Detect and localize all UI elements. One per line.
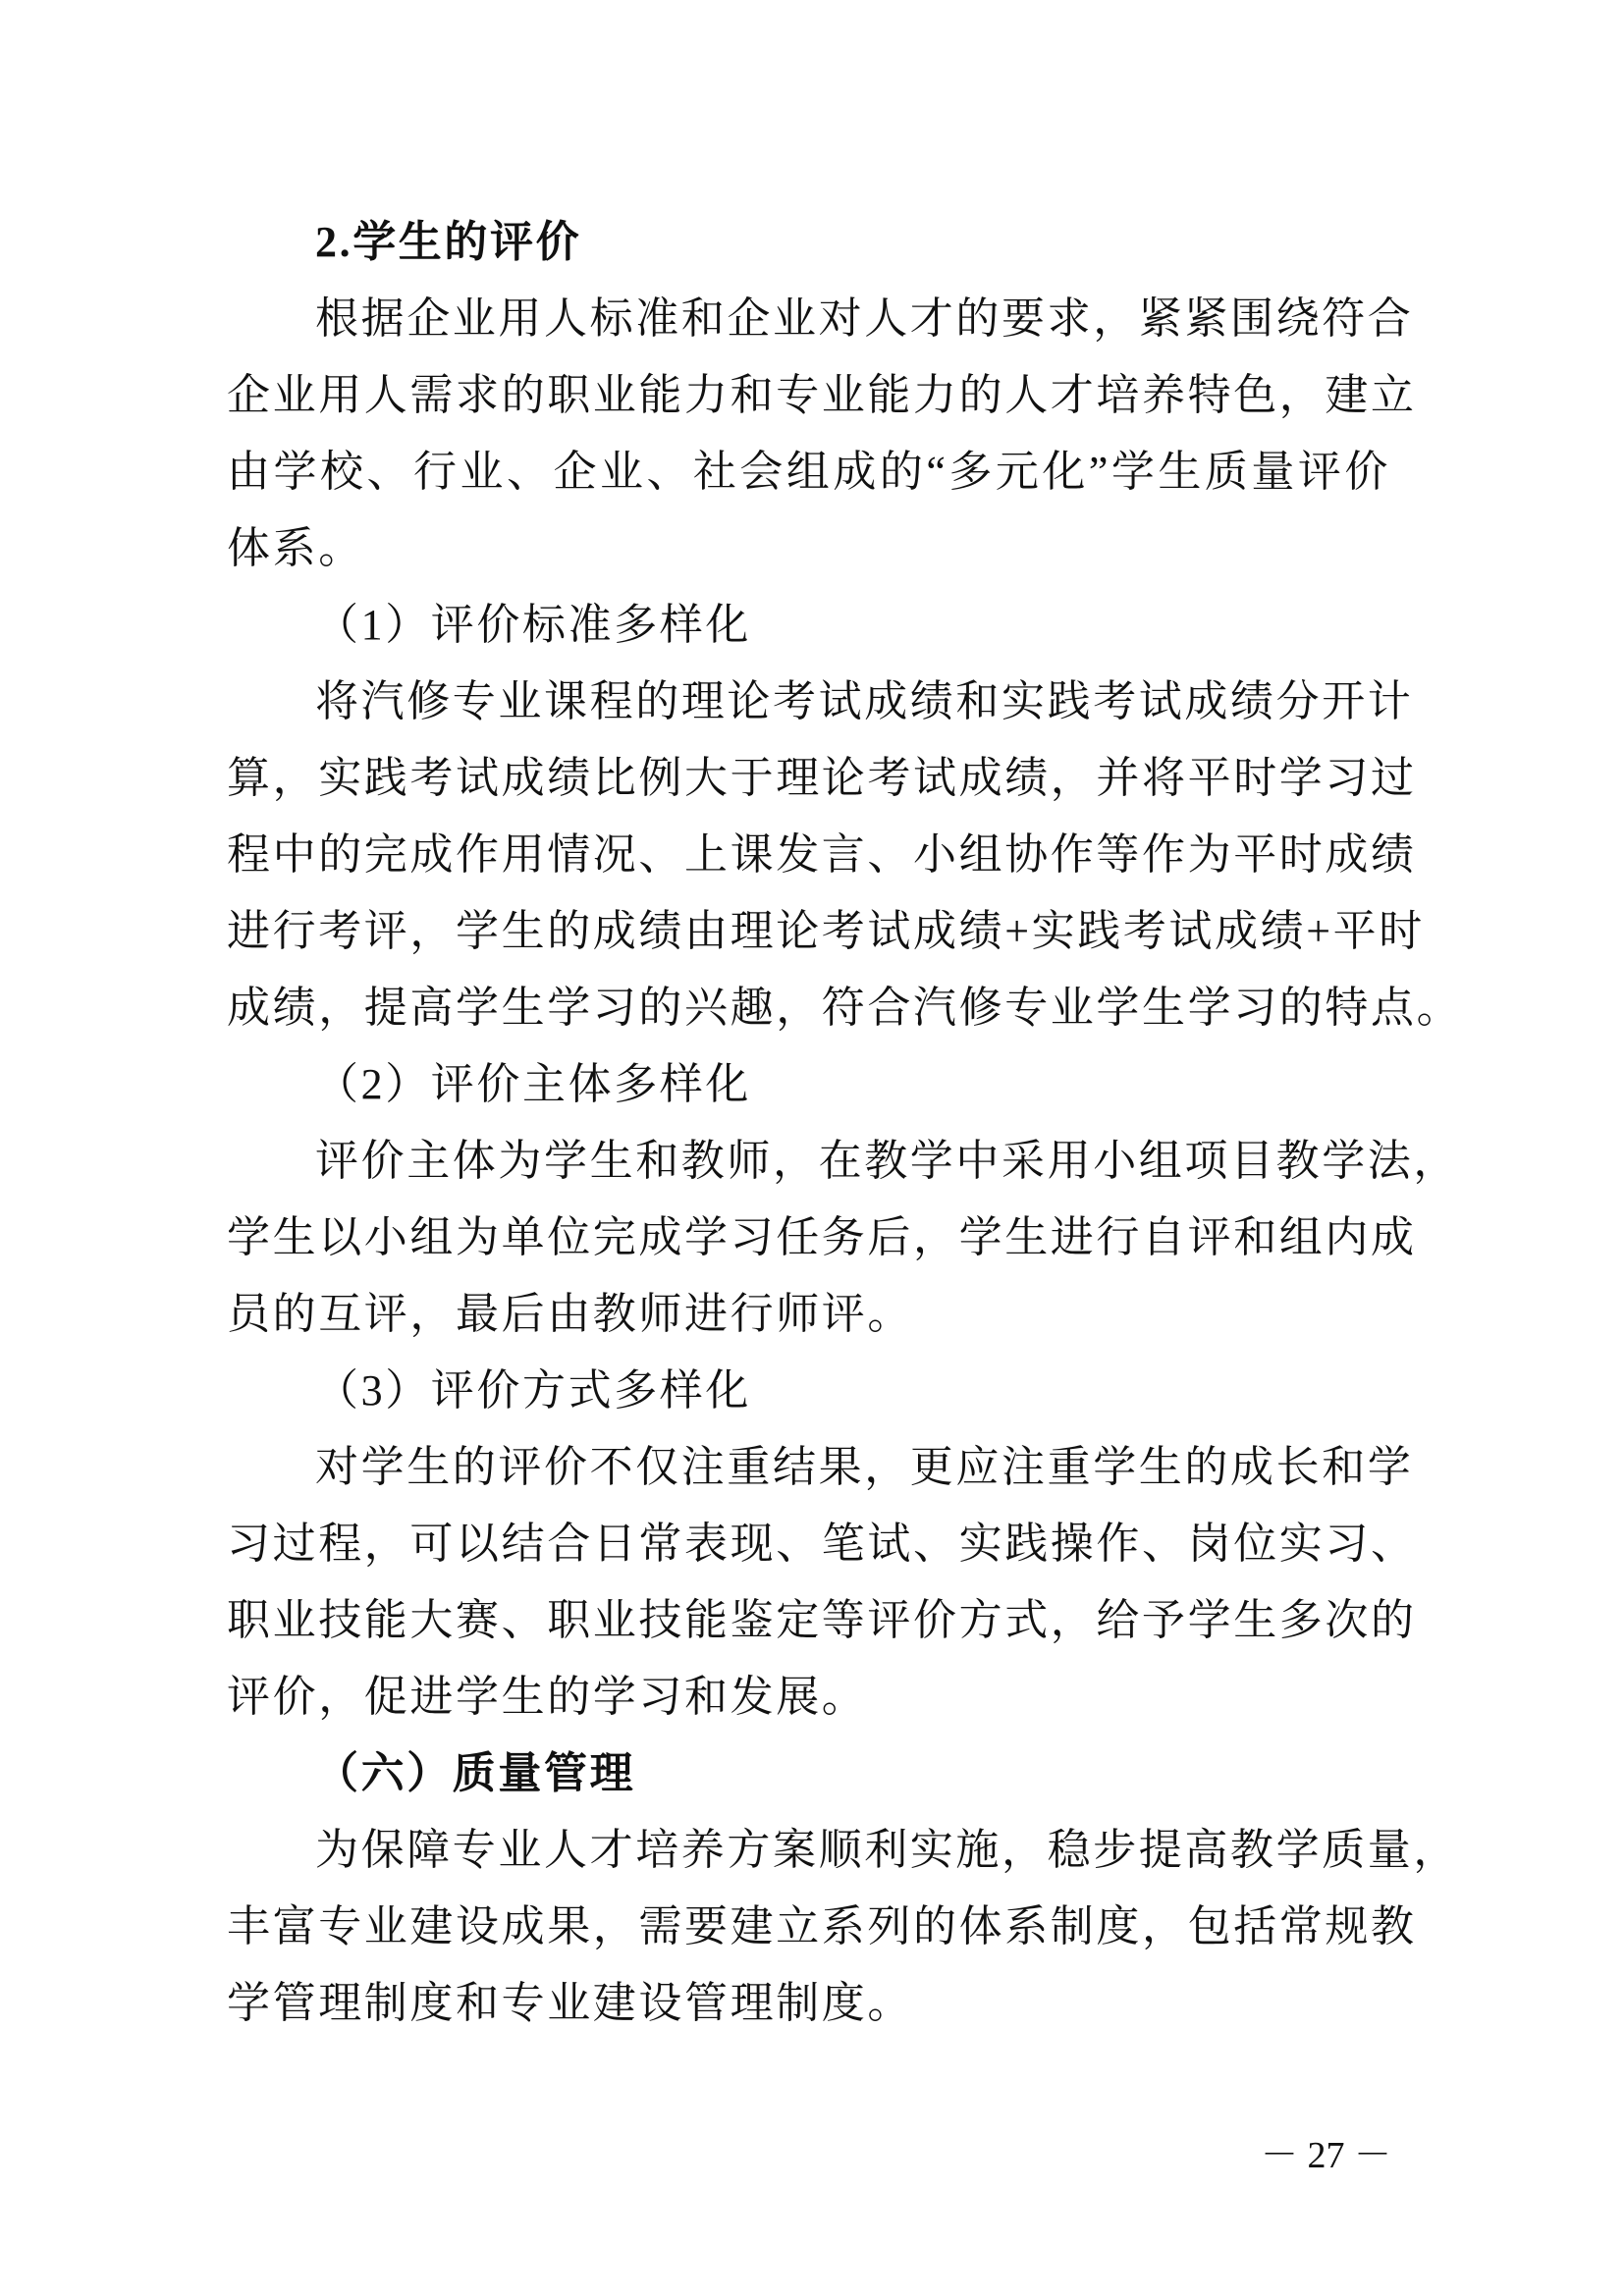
subheading-evaluation-subjects: （2）评价主体多样化 xyxy=(227,1046,1390,1123)
paragraph-line: 算，实践考试成绩比例大于理论考试成绩，并将平时学习过 xyxy=(227,740,1390,817)
paragraph-line: 评价，促进学生的学习和发展。 xyxy=(227,1659,1390,1735)
section-heading-quality-management: （六）质量管理 xyxy=(227,1735,1390,1812)
section-heading-student-evaluation: 2.学生的评价 xyxy=(227,204,1390,281)
paragraph-line: 员的互评，最后由教师进行师评。 xyxy=(227,1276,1390,1353)
page-content: 2.学生的评价 根据企业用人标准和企业对人才的要求，紧紧围绕符合 企业用人需求的… xyxy=(227,204,1390,2042)
paragraph-line: 为保障专业人才培养方案顺利实施，稳步提高教学质量， xyxy=(227,1812,1390,1889)
paragraph-line: 程中的完成作用情况、上课发言、小组协作等作为平时成绩 xyxy=(227,817,1390,893)
paragraph-line: 学生以小组为单位完成学习任务后，学生进行自评和组内成 xyxy=(227,1200,1390,1276)
paragraph-line: 由学校、行业、企业、社会组成的“多元化”学生质量评价 xyxy=(227,434,1390,510)
paragraph-line: 丰富专业建设成果，需要建立系列的体系制度，包括常规教 xyxy=(227,1889,1390,1965)
paragraph-line: 进行考评，学生的成绩由理论考试成绩+实践考试成绩+平时 xyxy=(227,893,1390,970)
paragraph-line: 评价主体为学生和教师，在教学中采用小组项目教学法， xyxy=(227,1123,1390,1200)
paragraph-line: 成绩，提高学生学习的兴趣，符合汽修专业学生学习的特点。 xyxy=(227,970,1390,1046)
page-number: － 27 － xyxy=(1261,2136,1382,2175)
subheading-evaluation-standards: （1）评价标准多样化 xyxy=(227,587,1390,664)
subheading-evaluation-methods: （3）评价方式多样化 xyxy=(227,1353,1390,1429)
paragraph-line: 职业技能大赛、职业技能鉴定等评价方式，给予学生多次的 xyxy=(227,1582,1390,1659)
paragraph-line: 企业用人需求的职业能力和专业能力的人才培养特色，建立 xyxy=(227,357,1390,434)
paragraph-line: 将汽修专业课程的理论考试成绩和实践考试成绩分开计 xyxy=(227,664,1390,740)
paragraph-line: 体系。 xyxy=(227,510,1390,587)
paragraph-line: 对学生的评价不仅注重结果，更应注重学生的成长和学 xyxy=(227,1429,1390,1506)
paragraph-line: 学管理制度和专业建设管理制度。 xyxy=(227,1965,1390,2042)
paragraph-line: 根据企业用人标准和企业对人才的要求，紧紧围绕符合 xyxy=(227,281,1390,357)
paragraph-line: 习过程，可以结合日常表现、笔试、实践操作、岗位实习、 xyxy=(227,1506,1390,1582)
document-page: 2.学生的评价 根据企业用人标准和企业对人才的要求，紧紧围绕符合 企业用人需求的… xyxy=(0,0,1624,2296)
